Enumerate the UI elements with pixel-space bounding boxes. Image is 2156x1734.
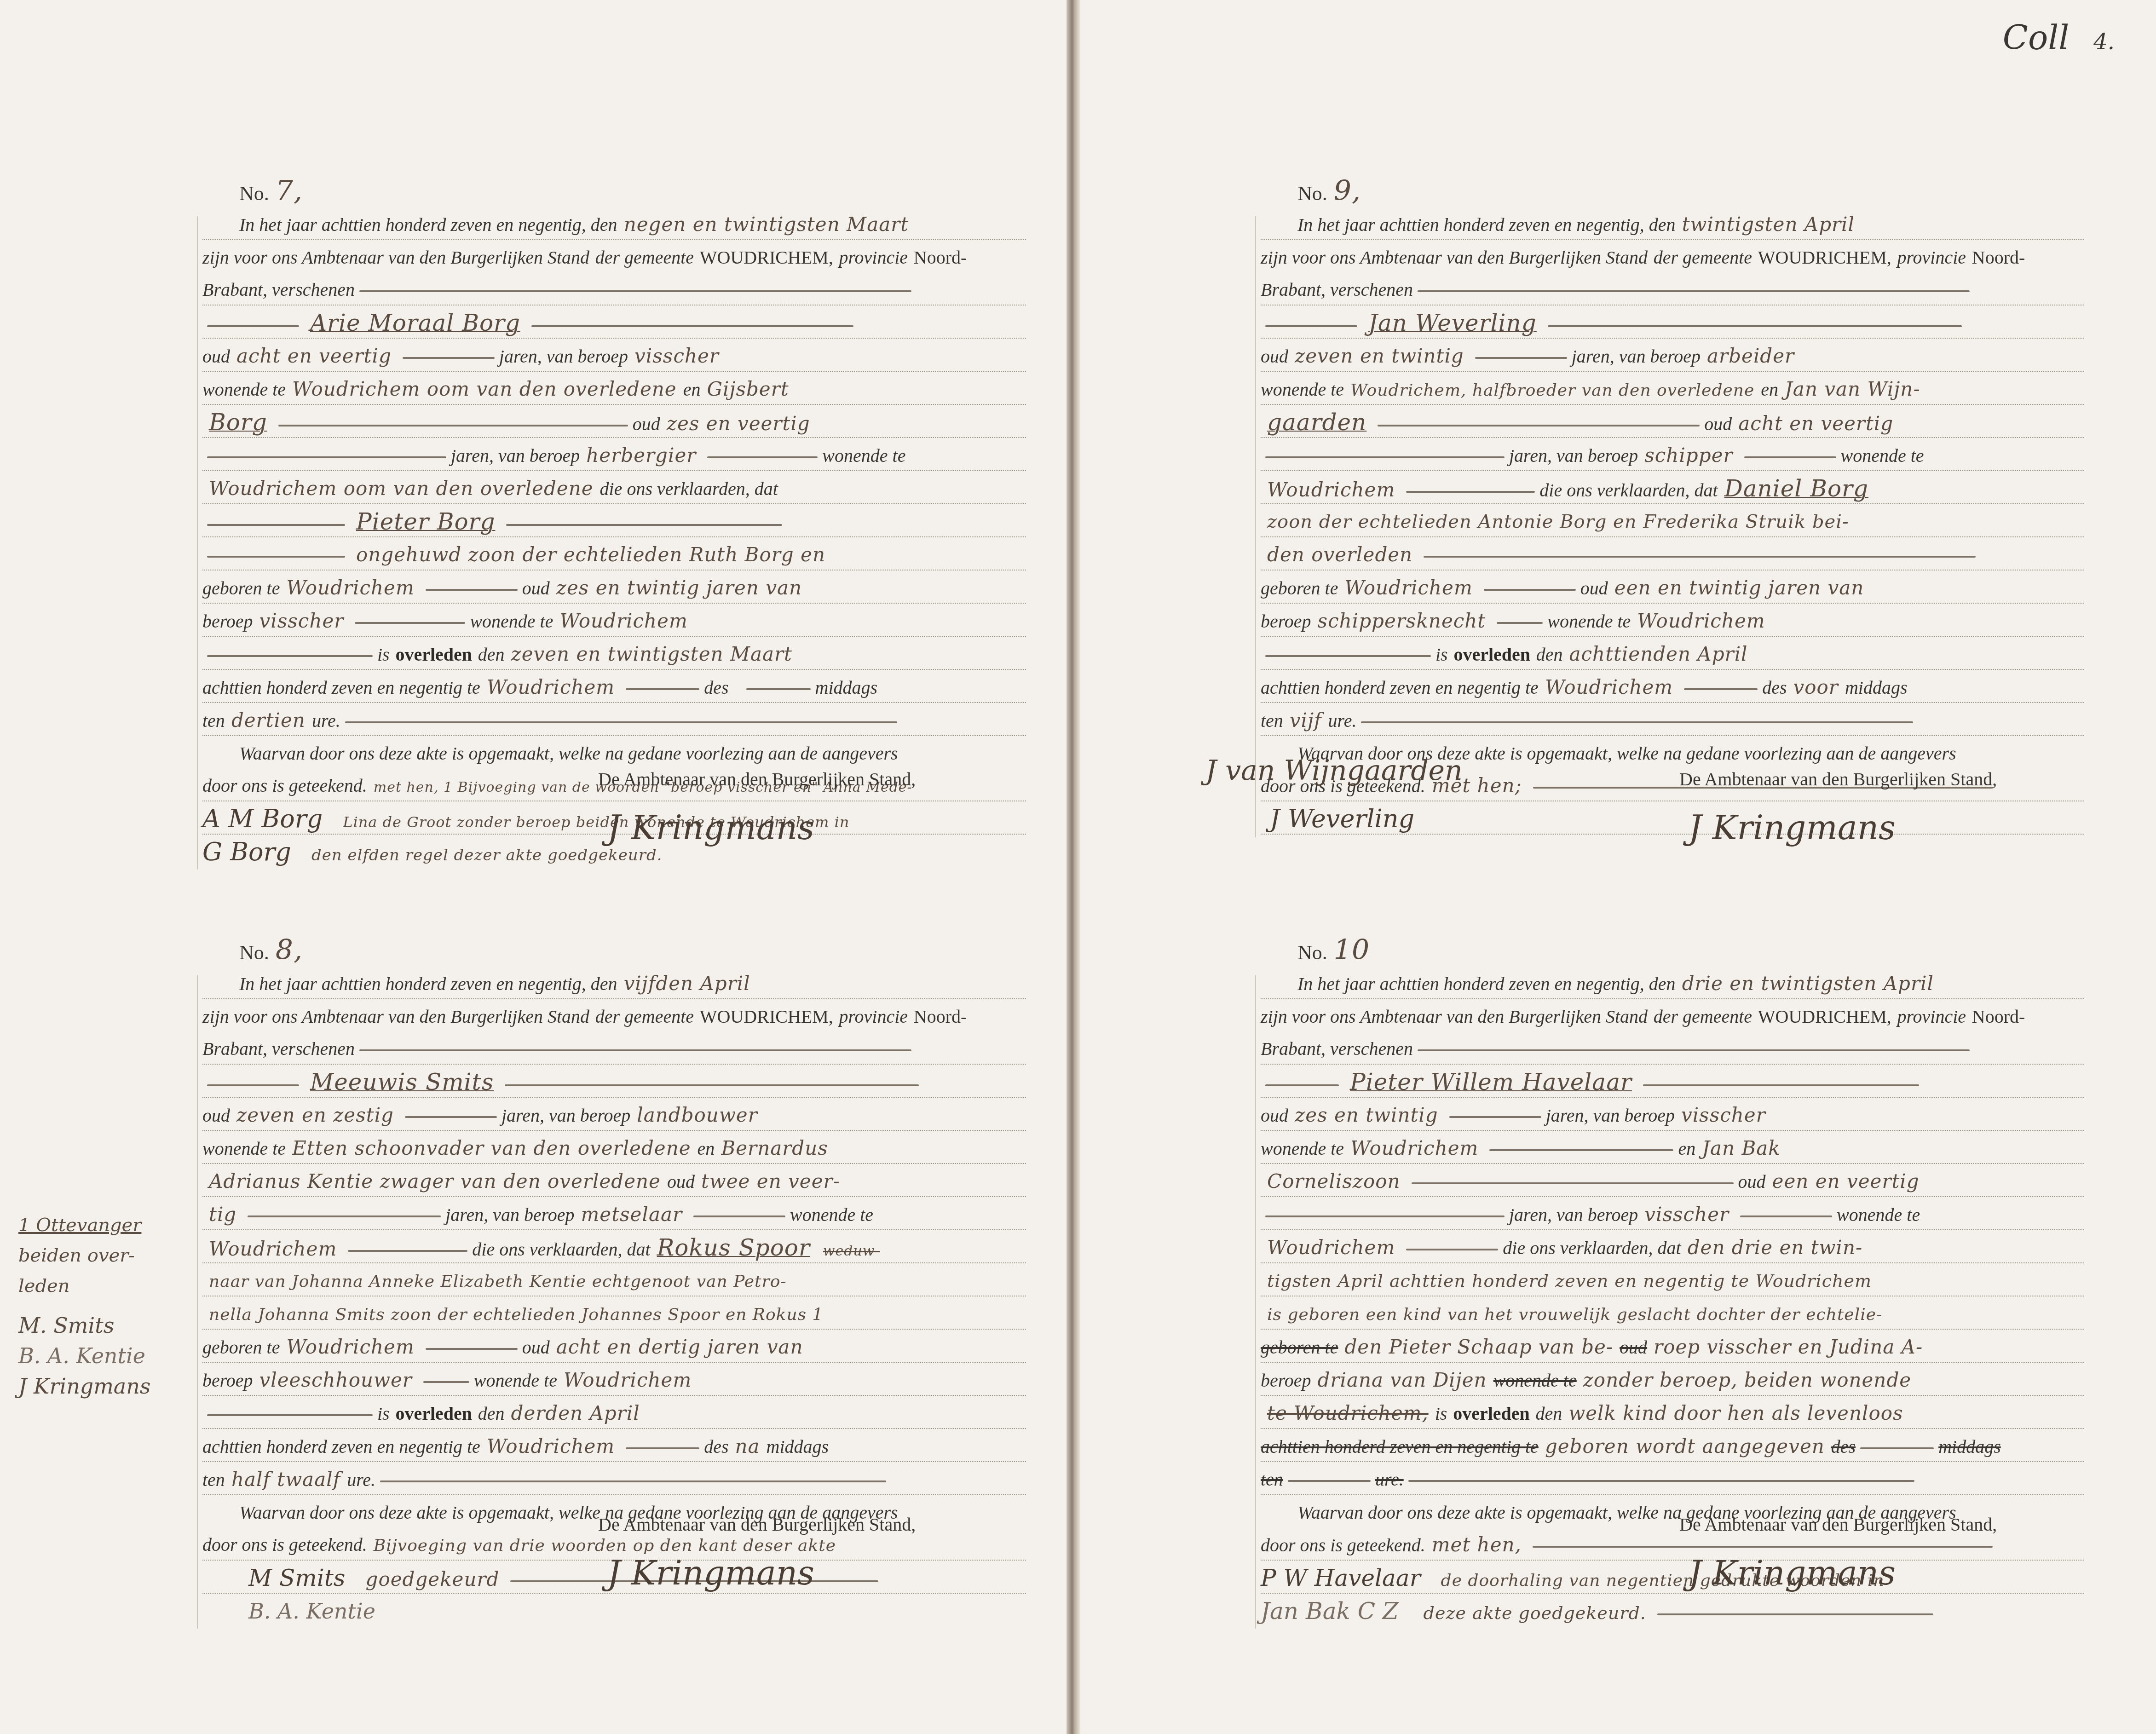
deceased-detail-line: naar van Johanna Anneke Elizabeth Kentie… <box>202 1266 1026 1296</box>
declarant1-name: Pieter Willem Havelaar <box>1343 1069 1638 1095</box>
declarant1-residence: Woudrichem, halfbroeder van den overlede… <box>1344 381 1761 400</box>
statement-line: tigsten April achttien honderd zeven en … <box>1261 1266 2084 1296</box>
filler-line <box>207 325 299 327</box>
declarant1-residence-line: wonende teWoudrichem, halfbroeder van de… <box>1261 374 2084 405</box>
middags-label: middags <box>1845 677 1908 698</box>
declarant1-residence: Etten schoonvader van den overledene <box>286 1137 698 1159</box>
act-number: 7, <box>269 175 309 207</box>
filler-line <box>207 456 446 458</box>
statement-line: is geboren een kind van het vrouwelijk g… <box>1261 1299 2084 1330</box>
filler-line <box>707 456 818 458</box>
occupation-line: beroepvisscherwonende teWoudrichem <box>202 606 1026 637</box>
des-label: des <box>704 677 728 698</box>
closing-line: Waarvan door ons deze akte is opgemaakt,… <box>202 739 1026 768</box>
oud-label: oud <box>522 1337 550 1358</box>
official-text: zijn voor ons Ambtenaar van den Burgerli… <box>1261 247 1648 268</box>
declarant2-occupation-line: jaren, van beroepherbergierwonende te <box>202 441 1026 471</box>
book-gutter <box>1066 0 1080 1734</box>
parents-residence: zonder beroep, beiden wonende <box>1577 1369 1918 1391</box>
registrar-block-9: De Ambtenaar van den Burgerlijken Stand,… <box>1679 768 1997 847</box>
intro-line: In het jaar achttien honderd zeven en ne… <box>202 969 1026 999</box>
official-text: zijn voor ons Ambtenaar van den Burgerli… <box>202 247 589 268</box>
occupation-line: beroepvleeschhouwerwonende teWoudrichem <box>202 1365 1026 1396</box>
is-label: is <box>1435 644 1448 665</box>
occupation-line: beroepdriana van Dijenwonende tezonder b… <box>1261 1365 2084 1396</box>
margin-signature: M. Smits <box>18 1310 193 1341</box>
parent-father: den Pieter Schaap van be- <box>1338 1336 1620 1358</box>
act-number-line: No.9, <box>1261 175 2084 207</box>
verschenen-line: Brabant, verschenen <box>202 1034 1026 1065</box>
municipality: WOUDRICHEM, <box>700 1006 833 1027</box>
municipality: WOUDRICHEM, <box>700 247 833 268</box>
signed-note: met hen, <box>1425 1533 1528 1556</box>
act-number: 10 <box>1327 934 1376 966</box>
province-text: Noord- <box>1972 1006 2025 1027</box>
municipality: WOUDRICHEM, <box>1758 1006 1891 1027</box>
declarant2-residence-line: Woudrichemdie ons verklaarden, datDaniel… <box>1261 474 2084 504</box>
geboren-label: geboren te <box>202 578 280 599</box>
occupation-line: beroepschippersknechtwonende teWoudriche… <box>1261 606 2084 637</box>
filler-line <box>1449 1116 1541 1118</box>
declarant2-age: een en veertig <box>1766 1170 1926 1192</box>
oud-label: oud <box>1704 414 1732 434</box>
deceased-residence: Woudrichem <box>557 1369 698 1391</box>
filler-line <box>207 556 345 558</box>
stillbirth-statement: welk kind door hen als levenloos <box>1562 1402 1909 1424</box>
margin-note-line: leden <box>18 1271 193 1301</box>
wonende-label: wonende te <box>474 1370 557 1391</box>
verschenen-text: Brabant, verschenen <box>1261 279 1413 300</box>
statement-start: den drie en twin- <box>1681 1236 1869 1259</box>
filler-line <box>626 1447 699 1449</box>
filler-line <box>359 290 911 292</box>
gemeente-text: der gemeente <box>1654 1006 1752 1027</box>
witness-signature: B. A. Kentie <box>202 1599 375 1624</box>
declarant2-occupation: herbergier <box>580 444 703 467</box>
declarant2-surname: Adrianus Kentie zwager van den overleden… <box>202 1170 667 1192</box>
filler-line <box>1484 589 1576 591</box>
declarant2-residence: Woudrichem oom van den overledene <box>202 477 600 500</box>
declarant1-line: Jan Weverling <box>1261 308 2084 339</box>
overleden-label: overleden <box>395 1403 472 1424</box>
declarant2-occupation-line: jaren, van beroepschipperwonende te <box>1261 441 2084 471</box>
residence-cont: te Woudrichem, <box>1261 1402 1435 1424</box>
overleden-label: overleden <box>1453 1403 1530 1424</box>
deceased-detail: weduw- <box>817 1243 887 1259</box>
filler-line <box>1424 556 1976 558</box>
official-line: zijn voor ons Ambtenaar van den Burgerli… <box>1261 243 2084 272</box>
declarant1-residence: Woudrichem <box>1344 1137 1485 1159</box>
den-label: den <box>1536 644 1563 665</box>
oud-label: oud <box>202 346 230 367</box>
ure-label: ure. <box>1328 710 1357 731</box>
verklaarden-text: die ons verklaarden, dat <box>600 478 778 499</box>
wonende-label: wonende te <box>202 379 286 400</box>
overleden-label: overleden <box>395 644 472 665</box>
statement-text: tigsten April achttien honderd zeven en … <box>1261 1271 1878 1291</box>
parent-mother: roep visscher en Judina A- <box>1647 1336 1929 1358</box>
registration-date: twintigsten April <box>1676 213 1861 236</box>
act-7: No.7, In het jaar achttien honderd zeven… <box>202 175 1026 870</box>
declarant2-surname: Corneliszoon <box>1261 1170 1407 1192</box>
provincie-text: provincie <box>839 1006 908 1027</box>
statement-text: is geboren een kind van het vrouwelijk g… <box>1261 1305 1889 1324</box>
declarant2-line: Adrianus Kentie zwager van den overleden… <box>202 1167 1026 1197</box>
verschenen-line: Brabant, verschenen <box>202 275 1026 305</box>
geboren-label-struck: geboren te <box>1261 1337 1338 1358</box>
official-line: zijn voor ons Ambtenaar van den Burgerli… <box>202 1002 1026 1031</box>
gemeente-text: der gemeente <box>595 247 694 268</box>
verschenen-line: Brabant, verschenen <box>1261 1034 2084 1065</box>
declarant1-occupation: arbeider <box>1701 345 1801 367</box>
declarant2-residence: Woudrichem <box>1261 478 1401 501</box>
birth-line: geboren teWoudrichemoudeen en twintig ja… <box>1261 573 2084 604</box>
filler-line <box>1412 1182 1734 1184</box>
no-label: No. <box>1297 182 1327 205</box>
hour-line: tenure. <box>1261 1465 2084 1495</box>
death-date: zeven en twintigsten Maart <box>505 643 799 665</box>
ure-label: ure. <box>312 710 340 731</box>
witness-signature-vanwijngaarden: J van Wijngaarden <box>1205 755 1463 787</box>
middags-label-struck: middags <box>1938 1436 2001 1457</box>
filler-line <box>1265 1216 1505 1217</box>
den-label: den <box>478 644 505 665</box>
den-label: den <box>1536 1403 1562 1424</box>
declarant1-age-line: oudzeven en zestigjaren, van beroeplandb… <box>202 1100 1026 1131</box>
act-number-line: No.8, <box>202 934 1026 966</box>
official-text: zijn voor ons Ambtenaar van den Burgerli… <box>202 1006 589 1027</box>
year-text: achttien honderd zeven en negentig te <box>202 1436 480 1457</box>
filler-line <box>1418 290 1970 292</box>
deceased-detail-line: den overleden <box>1261 540 2084 570</box>
filler-line <box>1288 1480 1371 1482</box>
declarant1-age-line: oudzeven en twintigjaren, van beroeparbe… <box>1261 341 2084 372</box>
wonende-label: wonende te <box>1261 1138 1344 1159</box>
deceased-detail: zoon der echtelieden Antonie Borg en Fre… <box>1261 511 1855 532</box>
declarant1-residence-line: wonende teWoudrichemenJan Bak <box>1261 1134 2084 1164</box>
filler-line <box>626 688 699 690</box>
beroep-label: jaren, van beroep <box>1572 346 1701 367</box>
beroep-label: jaren, van beroep <box>499 346 628 367</box>
act-9: No.9, In het jaar achttien honderd zeven… <box>1261 175 2084 837</box>
deceased-residence: Woudrichem <box>553 610 694 632</box>
oud-label: oud <box>633 414 660 434</box>
ten-label: ten <box>1261 710 1283 731</box>
verklaarden-text: die ons verklaarden, dat <box>472 1239 650 1260</box>
no-label: No. <box>1297 941 1327 964</box>
official-line: zijn voor ons Ambtenaar van den Burgerli… <box>1261 1002 2084 1031</box>
declarant2-occupation: schipper <box>1638 444 1739 467</box>
wonende-label: wonende te <box>1841 445 1924 466</box>
year-text-struck: achttien honderd zeven en negentig te <box>1261 1436 1539 1457</box>
death-hour: half twaalf <box>225 1468 347 1491</box>
province-text: Noord- <box>1972 247 2025 268</box>
signed-note: den elfden regel dezer akte goedgekeurd. <box>305 846 669 864</box>
deceased-age: zes en twintig jaren van <box>550 576 808 599</box>
registration-date: drie en twintigsten April <box>1676 972 1940 995</box>
signed-note: goedgekeurd <box>359 1568 506 1590</box>
declarant2-line: Borgoudzes en veertig <box>202 408 1026 438</box>
deceased-detail-line: zoon der echtelieden Antonie Borg en Fre… <box>1261 507 2084 537</box>
declarant1-line: Meeuwis Smits <box>202 1067 1026 1098</box>
declarant1-age: acht en veertig <box>230 345 398 367</box>
beroep-label: beroep <box>202 1370 253 1391</box>
declarant1-name: Jan Weverling <box>1362 310 1543 336</box>
filler-line <box>1740 1216 1832 1217</box>
death-place-line: achttien honderd zeven en negentig tegeb… <box>1261 1432 2084 1462</box>
death-line: te Woudrichem,is overleden denwelk kind … <box>1261 1399 2084 1429</box>
filler-line <box>1497 622 1543 624</box>
registrar-title: De Ambtenaar van den Burgerlijken Stand, <box>598 1514 916 1535</box>
beroep-label: beroep <box>1261 611 1311 632</box>
oud-label: oud <box>1580 578 1608 599</box>
oud-label: oud <box>1261 1105 1288 1126</box>
provincie-text: provincie <box>1897 1006 1966 1027</box>
declarant1-age: zeven en zestig <box>230 1104 400 1126</box>
deceased-detail: den overleden <box>1261 543 1419 566</box>
deceased-detail: nella Johanna Smits zoon der echtelieden… <box>202 1305 830 1324</box>
declarant1-name: Arie Moraal Borg <box>304 310 527 336</box>
filler-line <box>207 1084 299 1086</box>
is-label: is <box>377 644 390 665</box>
filler-line <box>1548 325 1962 327</box>
des-label: des <box>704 1436 728 1457</box>
beroep-label: jaren, van beroep <box>451 445 580 466</box>
declarant2-age: twee en veer- <box>695 1170 847 1192</box>
filler-line <box>207 524 345 526</box>
filler-line <box>1418 1049 1970 1051</box>
filler-line <box>531 325 853 327</box>
filler-line <box>1265 325 1357 327</box>
declarant1-residence-line: wonende teEtten schoonvader van den over… <box>202 1134 1026 1164</box>
filler-line <box>1408 1480 1914 1482</box>
en-label: en <box>683 379 701 400</box>
declarant2-residence: Woudrichem <box>202 1238 343 1260</box>
act-number-line: No.7, <box>202 175 1026 207</box>
declarant1-occupation: visscher <box>1675 1104 1772 1126</box>
death-date: derden April <box>505 1402 646 1424</box>
deceased-age: acht en dertig jaren van <box>550 1336 810 1358</box>
page-number: 4. <box>2093 29 2115 55</box>
declarant1-residence: Woudrichem oom van den overledene <box>286 378 683 400</box>
wonende-label-struck: wonende te <box>1493 1370 1577 1391</box>
declarant2-line: gaardenoudacht en veertig <box>1261 408 2084 438</box>
death-place-line: achttien honderd zeven en negentig teWou… <box>202 1432 1026 1462</box>
declarant2-surname: gaarden <box>1261 409 1373 436</box>
oud-label: oud <box>202 1105 230 1126</box>
year-text: achttien honderd zeven en negentig te <box>202 677 480 698</box>
filler-line <box>403 357 495 359</box>
registration-date: negen en twintigsten Maart <box>617 213 916 236</box>
declarant1-age: zeven en twintig <box>1288 345 1470 367</box>
time-of-day: voor <box>1787 676 1845 698</box>
geboren-label: geboren te <box>202 1337 280 1358</box>
declarant1-residence-line: wonende teWoudrichem oom van den overled… <box>202 374 1026 405</box>
filler-line <box>1489 1149 1673 1151</box>
birth-line: geboren teWoudrichemoudacht en dertig ja… <box>202 1332 1026 1363</box>
ure-label-struck: ure. <box>1375 1469 1404 1490</box>
ten-label-struck: ten <box>1261 1469 1283 1490</box>
registrar-title: De Ambtenaar van den Burgerlijken Stand, <box>1679 1514 1997 1535</box>
oud-label: oud <box>1738 1171 1766 1192</box>
collation-mark: Coll <box>2003 18 2070 57</box>
signed-note: deze akte goedgekeurd. <box>1417 1603 1653 1623</box>
intro-text: In het jaar achttien honderd zeven en ne… <box>1297 214 1676 235</box>
birthplace: Woudrichem <box>280 1336 421 1358</box>
filler-line <box>355 622 465 624</box>
margin-note-line: 1 Ottevanger <box>18 1210 193 1240</box>
wonende-label: wonende te <box>1261 379 1344 400</box>
declarant1-occupation: visscher <box>628 345 726 367</box>
year-text: achttien honderd zeven en negentig te <box>1261 677 1539 698</box>
registrar-signature: J Kringmans <box>607 1554 916 1592</box>
verschenen-line: Brabant, verschenen <box>1261 275 2084 305</box>
death-place: Woudrichem <box>480 1435 621 1457</box>
deceased-age: een en twintig jaren van <box>1608 576 1870 599</box>
geboren-label: geboren te <box>1261 578 1338 599</box>
declarant2-name: Bernardus <box>715 1137 834 1159</box>
death-line: is overleden denderden April <box>202 1399 1026 1429</box>
deceased-occupation: schippersknecht <box>1311 610 1493 632</box>
declarant2-age-cont: tig <box>202 1203 243 1226</box>
act-number: 9, <box>1327 175 1367 207</box>
deceased-name: Daniel Borg <box>1718 475 1875 502</box>
province-text: Noord- <box>914 247 967 268</box>
filler-line <box>207 655 373 657</box>
witness-signature: M Smits <box>202 1565 359 1591</box>
death-place: Woudrichem <box>1539 676 1679 698</box>
registration-date: vijfden April <box>617 972 757 995</box>
filler-line <box>207 1414 373 1416</box>
is-label: is <box>377 1403 390 1424</box>
filler-line <box>405 1116 497 1118</box>
en-label: en <box>1678 1138 1695 1159</box>
death-place-line: achttien honderd zeven en negentig teWou… <box>1261 673 2084 703</box>
filler-line <box>506 524 782 526</box>
declarant1-occupation: landbouwer <box>630 1104 764 1126</box>
provincie-text: provincie <box>839 247 908 268</box>
des-label-struck: des <box>1831 1436 1856 1457</box>
official-line: zijn voor ons Ambtenaar van den Burgerli… <box>202 243 1026 272</box>
den-label: den <box>478 1403 505 1424</box>
declarant1-age-line: oudzes en twintigjaren, van beroepvissch… <box>1261 1100 2084 1131</box>
gemeente-text: der gemeente <box>1654 247 1752 268</box>
registrar-title: De Ambtenaar van den Burgerlijken Stand, <box>598 768 916 790</box>
margin-signature: J Kringmans <box>18 1371 193 1401</box>
witness-signature: J Weverling <box>1261 804 1414 833</box>
filler-line <box>693 1216 785 1217</box>
deceased-name: Rokus Spoor <box>651 1234 817 1261</box>
registrar-block-8: De Ambtenaar van den Burgerlijken Stand,… <box>598 1514 916 1592</box>
en-label: en <box>1761 379 1778 400</box>
wonende-label: wonende te <box>1837 1204 1920 1225</box>
filler-line <box>248 1216 441 1217</box>
registrar-signature: J Kringmans <box>607 808 916 847</box>
deceased-name: Pieter Borg <box>350 508 502 535</box>
gemeente-text: der gemeente <box>595 1006 694 1027</box>
geteekend-text: door ons is geteekend. <box>202 1534 367 1555</box>
no-label: No. <box>239 941 269 964</box>
declarant2-name: Jan Bak <box>1695 1137 1787 1159</box>
filler-line <box>746 688 811 690</box>
verschenen-text: Brabant, verschenen <box>202 279 355 300</box>
filler-line <box>278 425 628 426</box>
registrar-signature: J Kringmans <box>1689 1554 1997 1592</box>
beroep-label: beroep <box>202 611 253 632</box>
closing-text: Waarvan door ons deze akte is opgemaakt,… <box>239 743 898 764</box>
death-place-line: achttien honderd zeven en negentig teWou… <box>202 673 1026 703</box>
ten-label: ten <box>202 710 225 731</box>
filler-line <box>1378 425 1700 426</box>
verschenen-text: Brabant, verschenen <box>202 1038 355 1059</box>
provincie-text: provincie <box>1897 247 1966 268</box>
declarant2-name: Jan van Wijn- <box>1778 378 1927 400</box>
act-number: 8, <box>269 934 309 966</box>
wonende-label: wonende te <box>470 611 553 632</box>
filler-line <box>1406 491 1535 493</box>
witness-signature: Jan Bak C Z <box>1261 1598 1417 1625</box>
hour-line: tenvijfure. <box>1261 706 2084 736</box>
declarant2-residence-line: Woudrichemdie ons verklaarden, datRokus … <box>202 1233 1026 1263</box>
filler-line <box>426 589 518 591</box>
wonende-label: wonende te <box>790 1204 873 1225</box>
deceased-detail-line: nella Johanna Smits zoon der echtelieden… <box>202 1299 1026 1330</box>
margin-annotation: 1 Ottevanger beiden over- leden M. Smits… <box>18 1210 193 1401</box>
intro-text: In het jaar achttien honderd zeven en ne… <box>239 974 617 994</box>
middags-label: middags <box>767 1436 829 1457</box>
geteekend-text: door ons is geteekend. <box>202 775 367 796</box>
declarant1-line: Arie Moraal Borg <box>202 308 1026 339</box>
filler-line <box>1684 688 1758 690</box>
witness-line: B. A. Kentie <box>202 1596 1026 1626</box>
verklaarden-text: die ons verklaarden, dat <box>1503 1238 1681 1258</box>
oud-label: oud <box>667 1171 695 1192</box>
filler-line <box>380 1481 886 1482</box>
birthplace: Woudrichem <box>280 576 421 599</box>
official-text: zijn voor ons Ambtenaar van den Burgerli… <box>1261 1006 1648 1027</box>
registrar-title: De Ambtenaar van den Burgerlijken Stand, <box>1679 768 1997 790</box>
declarant2-surname: Borg <box>202 409 274 436</box>
death-hour: vijf <box>1283 709 1328 732</box>
stillbirth-statement-cont: geboren wordt aangegeven <box>1539 1435 1831 1457</box>
ten-label: ten <box>202 1469 225 1490</box>
intro-line: In het jaar achttien honderd zeven en ne… <box>202 210 1026 240</box>
filler-line <box>359 1049 911 1051</box>
deceased-occupation: vleeschhouwer <box>253 1369 419 1391</box>
deceased-detail-line: ongehuwd zoon der echtelieden Ruth Borg … <box>202 540 1026 570</box>
death-line: is overleden denzeven en twintigsten Maa… <box>202 639 1026 670</box>
filler-line <box>1265 1084 1339 1086</box>
wonende-label: wonende te <box>822 445 905 466</box>
death-hour: dertien <box>225 709 312 732</box>
filler-line <box>426 1348 518 1350</box>
act-frame <box>197 975 198 1629</box>
signed-note-line: Jan Bak C Zdeze akte goedgekeurd. <box>1261 1596 2084 1626</box>
registrar-block-10: De Ambtenaar van den Burgerlijken Stand,… <box>1679 1514 1997 1592</box>
declarant1-name: Meeuwis Smits <box>304 1069 500 1095</box>
intro-line: In het jaar achttien honderd zeven en ne… <box>1261 969 2084 999</box>
deceased-residence: Woudrichem <box>1631 610 1771 632</box>
declarant2-residence-line: Woudrichemdie ons verklaarden, datden dr… <box>1261 1233 2084 1263</box>
deceased-line: Pieter Borg <box>202 507 1026 537</box>
geteekend-text: door ons is geteekend. <box>1261 1535 1425 1555</box>
beroep-label: jaren, van beroep <box>502 1105 630 1126</box>
death-date: achttienden April <box>1563 643 1754 665</box>
municipality: WOUDRICHEM, <box>1758 247 1891 268</box>
verklaarden-text: die ons verklaarden, dat <box>1539 480 1718 501</box>
time-of-day: na <box>729 1435 767 1457</box>
act-frame <box>1255 216 1256 837</box>
